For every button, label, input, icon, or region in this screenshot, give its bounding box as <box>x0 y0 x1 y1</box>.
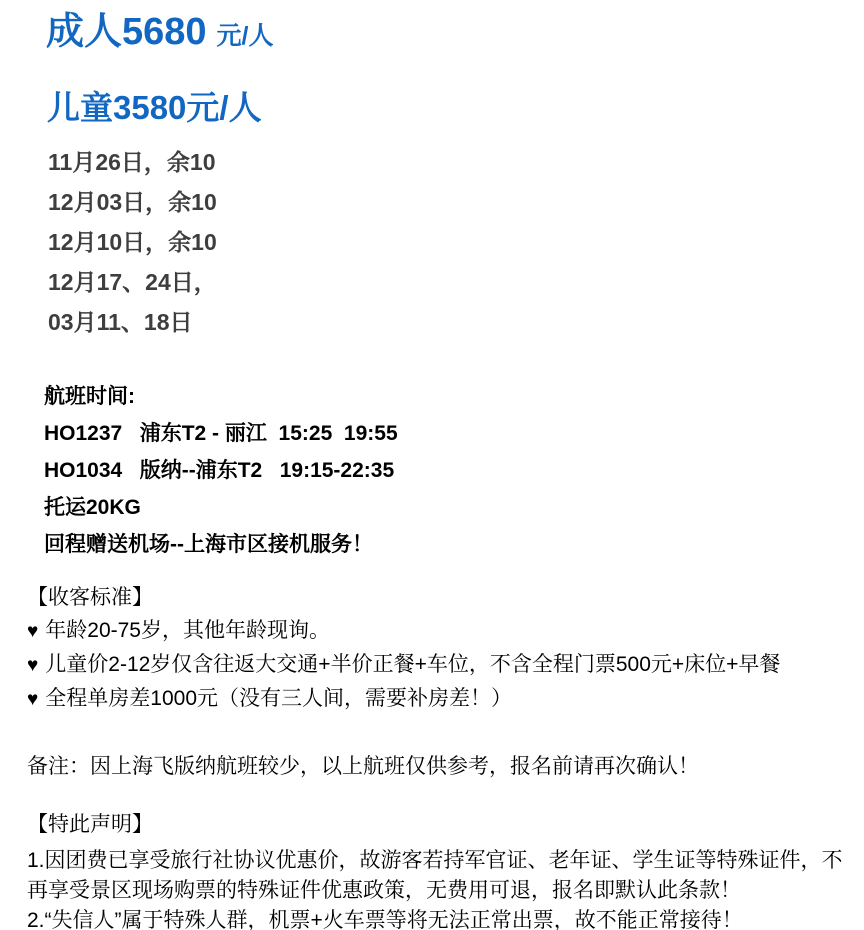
standards-item-text: 年龄20-75岁，其他年龄现询。 <box>45 619 330 642</box>
heart-icon: ♥ <box>27 655 38 676</box>
heart-icon: ♥ <box>27 621 38 642</box>
adult-price-text: 成人5680 <box>46 11 207 53</box>
adult-price-heading: 成人5680元/人 <box>46 8 864 60</box>
standards-item-age: ♥年龄20-75岁，其他年龄现询。 <box>27 614 864 648</box>
child-price-heading: 儿童3580元/人 <box>47 90 864 126</box>
departure-date: 12月17、24日， <box>48 262 864 302</box>
baggage-allowance: 托运20KG <box>44 489 864 526</box>
flight-line-outbound: HO1237 浦东T2 - 丽江 15:25 19:55 <box>44 415 864 452</box>
heart-icon: ♥ <box>27 689 38 710</box>
declaration-title: 【特此声明】 <box>27 809 864 841</box>
declaration-body: 1.因团费已享受旅行社协议优惠价，故游客若持军官证、老年证、学生证等特殊证件，不… <box>27 846 851 930</box>
guest-standards-title: 【收客标准】 <box>27 581 864 614</box>
departure-date: 03月11、18日 <box>48 302 864 342</box>
tour-info-page: 成人5680元/人 儿童3580元/人 11月26日，余10 12月03日，余1… <box>0 8 864 930</box>
departure-dates-list: 11月26日，余10 12月03日，余10 12月10日，余10 12月17、2… <box>48 142 864 342</box>
standards-item-text: 儿童价2-12岁仅含往返大交通+半价正餐+车位，不含全程门票500元+床位+早餐 <box>45 653 780 676</box>
adult-price-unit: 元/人 <box>217 22 274 50</box>
standards-item-text: 全程单房差1000元（没有三人间，需要补房差！） <box>45 687 512 710</box>
departure-date: 12月10日，余10 <box>48 222 864 262</box>
flight-info-title: 航班时间: <box>44 378 864 415</box>
declaration-item-discount-policy: 1.因团费已享受旅行社协议优惠价，故游客若持军官证、老年证、学生证等特殊证件，不… <box>27 846 851 906</box>
flight-info-block: 航班时间: HO1237 浦东T2 - 丽江 15:25 19:55 HO103… <box>44 378 864 563</box>
standards-item-single-supplement: ♥全程单房差1000元（没有三人间，需要补房差！） <box>27 682 864 716</box>
flight-remark-note: 备注：因上海飞版纳航班较少，以上航班仅供参考，报名前请再次确认！ <box>27 750 864 783</box>
declaration-item-blacklist: 2.“失信人”属于特殊人群，机票+火车票等将无法正常出票，故不能正常接待！ <box>27 906 851 930</box>
departure-date: 11月26日，余10 <box>48 142 864 182</box>
guest-standards-block: 【收客标准】 ♥年龄20-75岁，其他年龄现询。 ♥儿童价2-12岁仅含往返大交… <box>27 581 864 716</box>
flight-line-return: HO1034 版纳--浦东T2 19:15-22:35 <box>44 452 864 489</box>
standards-item-child-price: ♥儿童价2-12岁仅含往返大交通+半价正餐+车位，不含全程门票500元+床位+早… <box>27 648 864 682</box>
departure-date: 12月03日，余10 <box>48 182 864 222</box>
return-transfer-service: 回程赠送机场--上海市区接机服务！ <box>44 526 864 563</box>
